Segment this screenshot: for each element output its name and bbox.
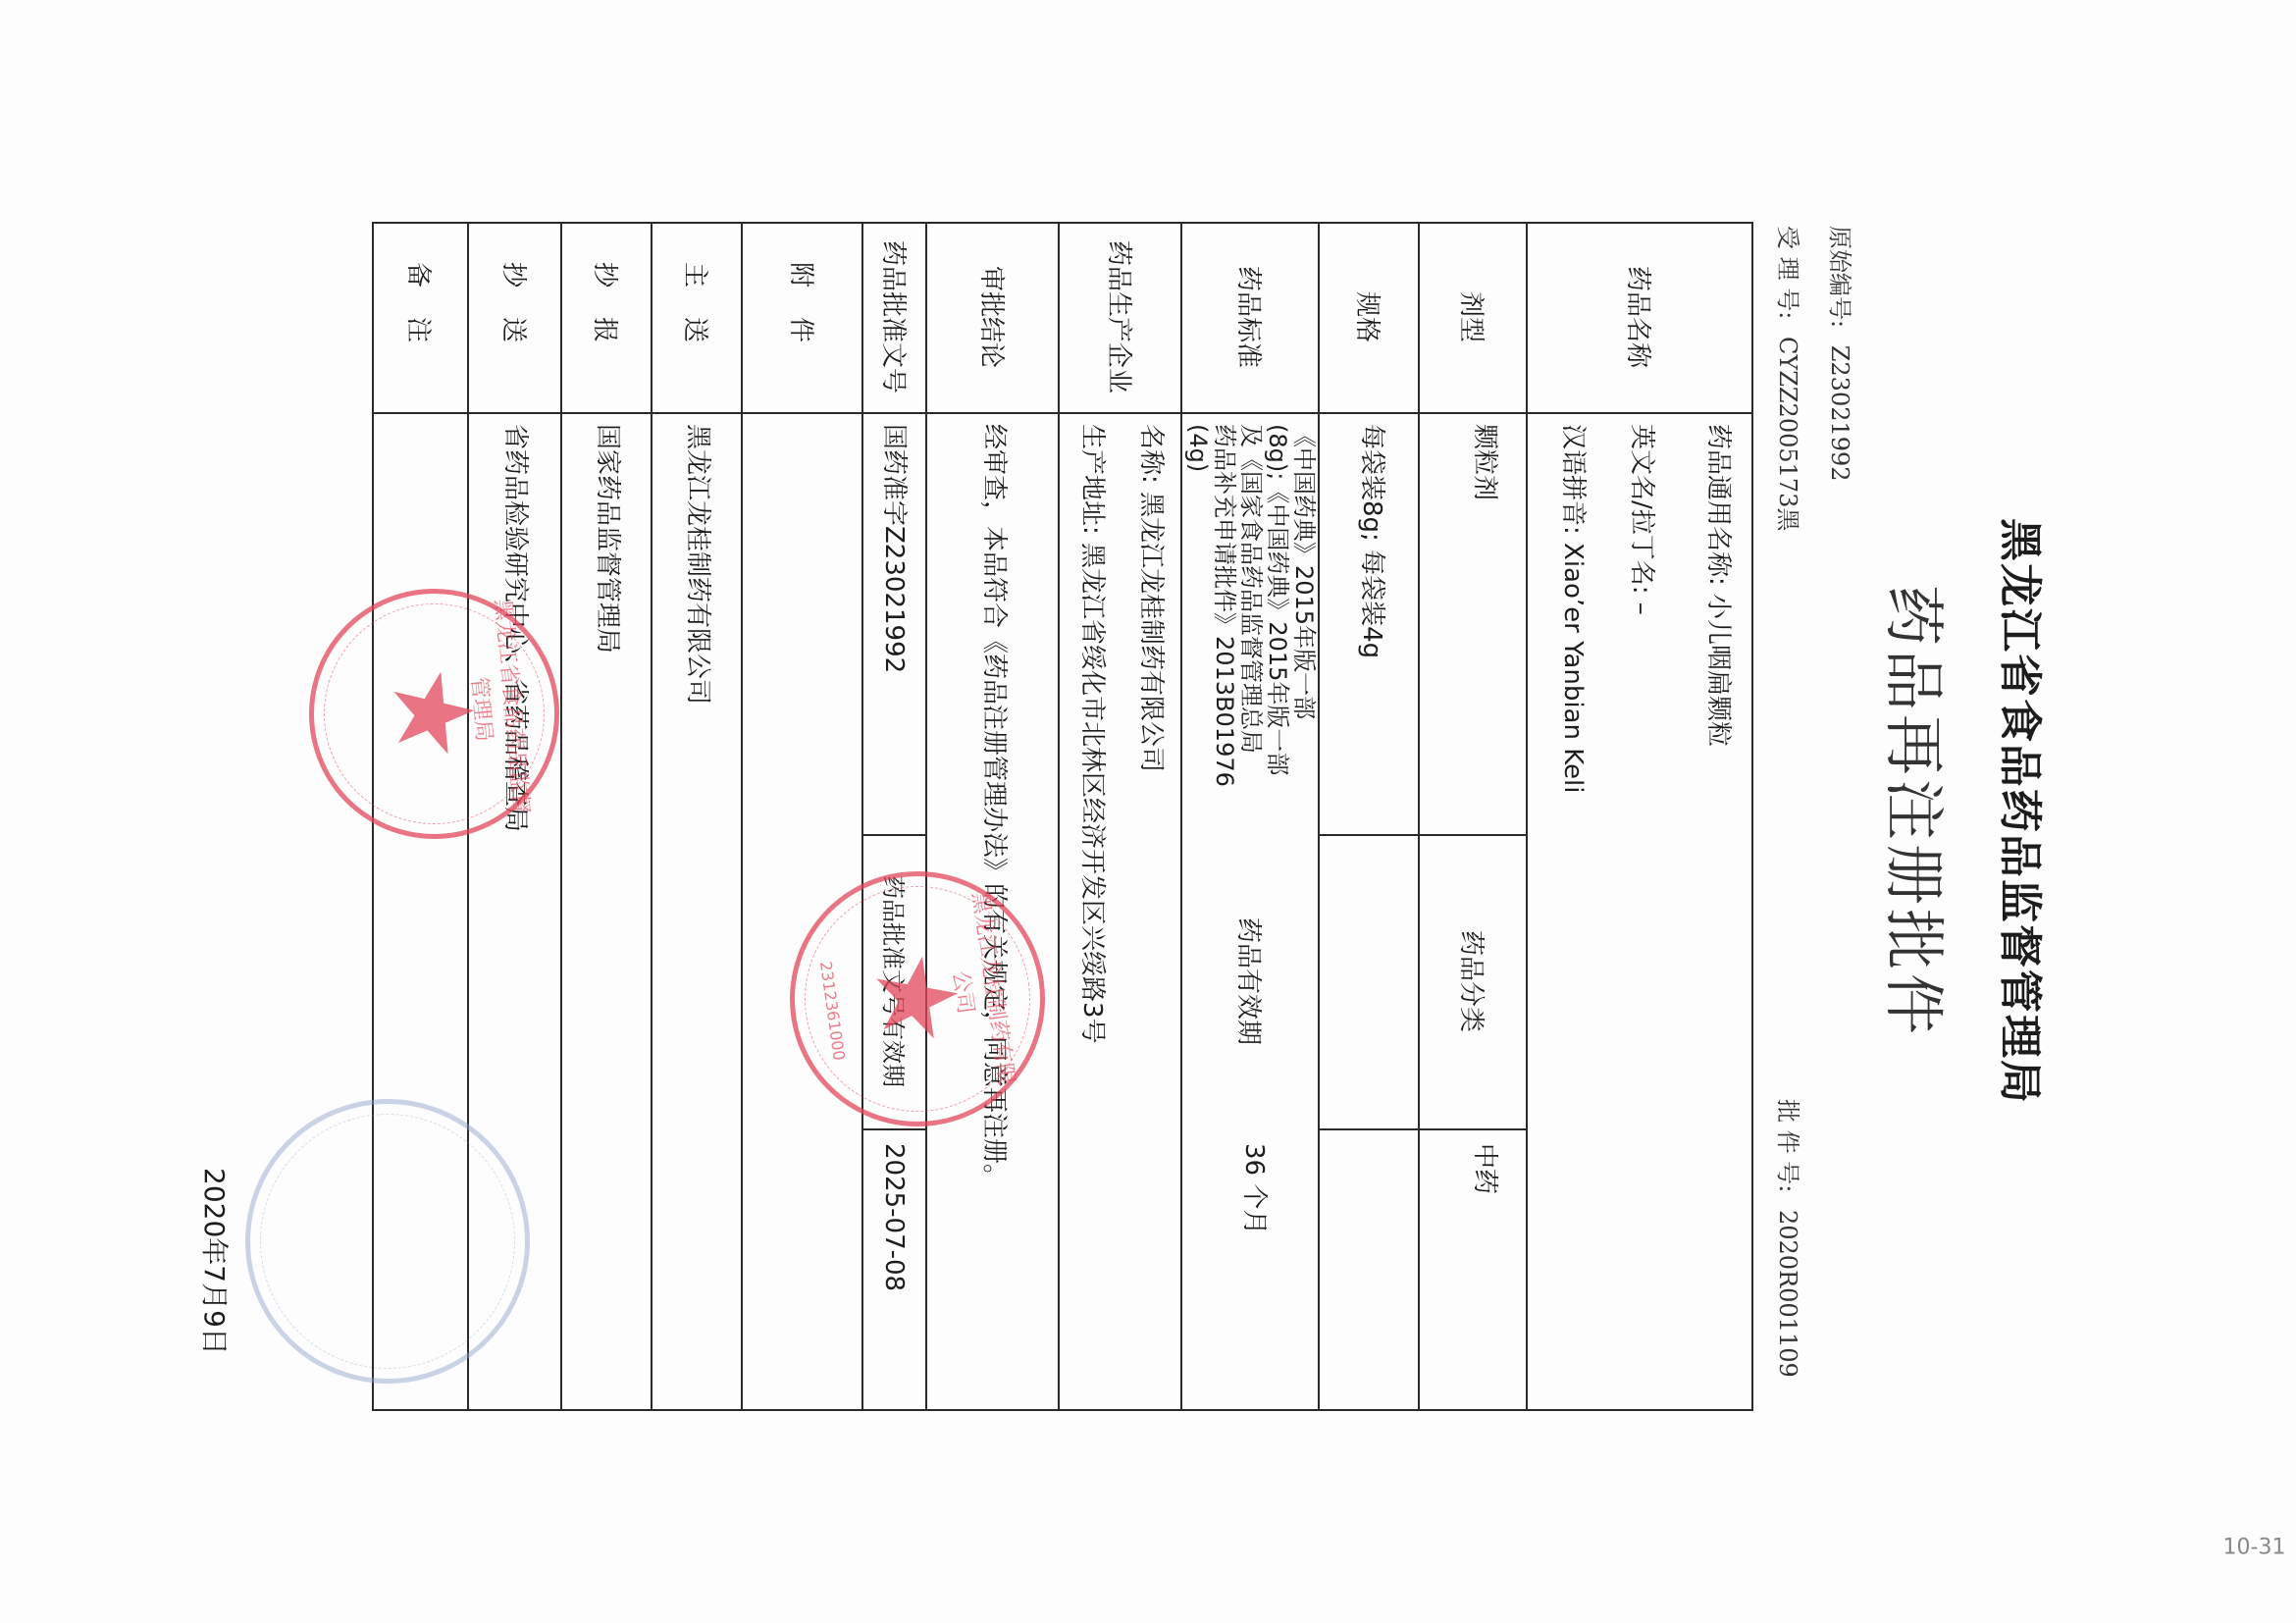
acceptance-number-label: 受 理 号: [1774,226,1801,319]
approval-document-number-line: 批 件 号: 2020R001109 [1773,1099,1807,1378]
acceptance-number-line: 受 理 号: CYZZ2005173黑 [1773,226,1807,531]
cc-label: 抄送 [469,222,562,412]
sub-value-divider [1320,1128,1528,1130]
dosage-form-value: 颗粒剂 [1468,424,1501,500]
shelf-life-value: 36 个月 [1237,1143,1271,1234]
drug-standard-label: 药品标准 [1182,222,1320,412]
manufacturer-name: 名称: 黑龙江龙桂制药有限公司 [1134,424,1168,772]
approval-document-number-label: 批 件 号: [1774,1099,1801,1192]
issue-date: 2020年7月9日 [196,1168,235,1355]
shelf-life-label: 药品有效期 [1182,834,1320,1128]
report-to-value: 国家药品监督管理局 [591,424,624,654]
main-recipient-value: 黑龙江龙桂制药有限公司 [681,424,714,705]
generic-name: 药品通用名称: 小儿咽扁颗粒 [1701,424,1735,747]
drug-category-value: 中药 [1468,1143,1501,1194]
approval-number-value: 国药准字Z23021992 [877,424,911,673]
remarks-label: 备注 [373,222,469,412]
label-column-divider [373,412,1753,414]
approval-validity-value: 2025-07-08 [877,1143,911,1291]
conclusion-label: 审批结论 [927,222,1060,412]
handwritten-margin-note: 10-31 [2223,1535,2286,1559]
dosage-form-label: 剂型 [1420,222,1528,412]
drug-category-label: 药品分类 [1420,834,1528,1128]
manufacturer-label: 药品生产企业 [1060,222,1182,412]
original-number-line: 原始编号: Z23021992 [1825,226,1859,482]
english-latin-name: 英文名/拉丁名: – [1625,424,1658,615]
specification-label: 规格 [1320,222,1420,412]
acceptance-number-value: CYZZ2005173黑 [1774,337,1801,531]
drug-name-label: 药品名称 [1528,222,1753,412]
seal-ring [260,1114,515,1369]
main-recipient-label: 主送 [652,222,743,412]
attachment-label: 附件 [743,222,863,412]
date-seal-stamp [245,1099,530,1384]
document-title: 药品再注册批件 [1875,0,1962,1623]
original-number-value: Z23021992 [1826,345,1853,482]
manufacturer-address: 生产地址: 黑龙江省绥化市北林区经济开发区兴绥路3号 [1075,424,1109,1044]
sub-value-divider [863,1128,927,1130]
rotated-document-page: 黑龙江省食品药品监督管理局 药品再注册批件 原始编号: Z23021992 受 … [0,0,2296,1623]
issuing-agency-title: 黑龙江省食品药品监督管理局 [1993,0,2056,1623]
specification-value: 每袋装8g; 每袋装4g [1355,424,1388,658]
original-number-label: 原始编号: [1826,226,1853,328]
report-to-label: 抄报 [562,222,652,412]
approval-number-label: 药品批准文号 [863,222,927,412]
drug-standard-value: 《中国药典》2015年版一部 (8g);《中国药典》2015年版一部 及《国家食… [1184,424,1317,787]
approval-document-number-value: 2020R001109 [1774,1210,1801,1378]
pinyin-name: 汉语拼音: Xiao’er Yanbian Keli [1556,424,1590,793]
